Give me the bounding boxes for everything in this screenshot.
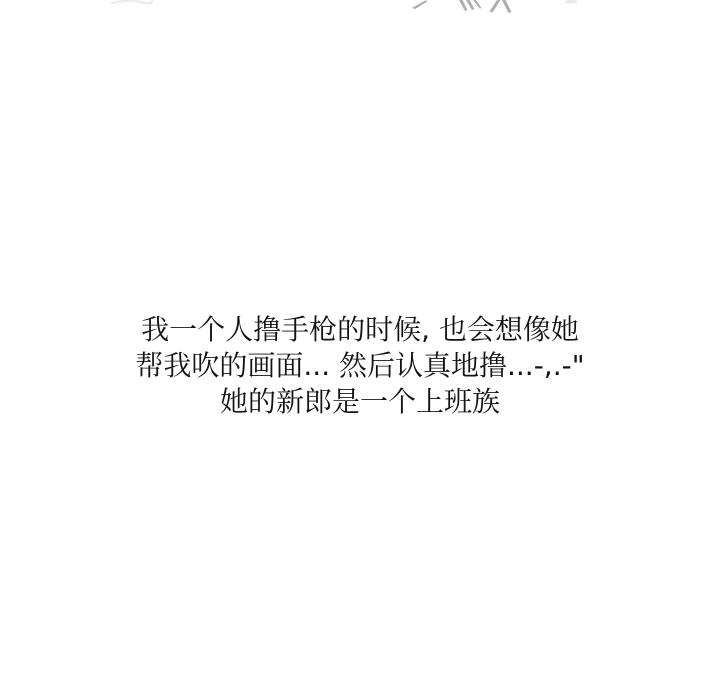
hair-tip-strokes — [412, 0, 512, 13]
caption-line-3: 她的新郎是一个上班族 — [0, 384, 720, 420]
caption-line-2: 帮我吹的画面... 然后认真地撸...-,.-" — [0, 348, 720, 384]
hair-strands-artwork — [0, 0, 720, 20]
faint-smudge — [565, 0, 577, 4]
faint-wisp-stroke — [112, 1, 152, 4]
caption: 我一个人撸手枪的时候, 也会想像她 帮我吹的画面... 然后认真地撸...-,.… — [0, 312, 720, 420]
comic-page: 我一个人撸手枪的时候, 也会想像她 帮我吹的画面... 然后认真地撸...-,.… — [0, 0, 720, 700]
caption-line-1: 我一个人撸手枪的时候, 也会想像她 — [0, 312, 720, 348]
